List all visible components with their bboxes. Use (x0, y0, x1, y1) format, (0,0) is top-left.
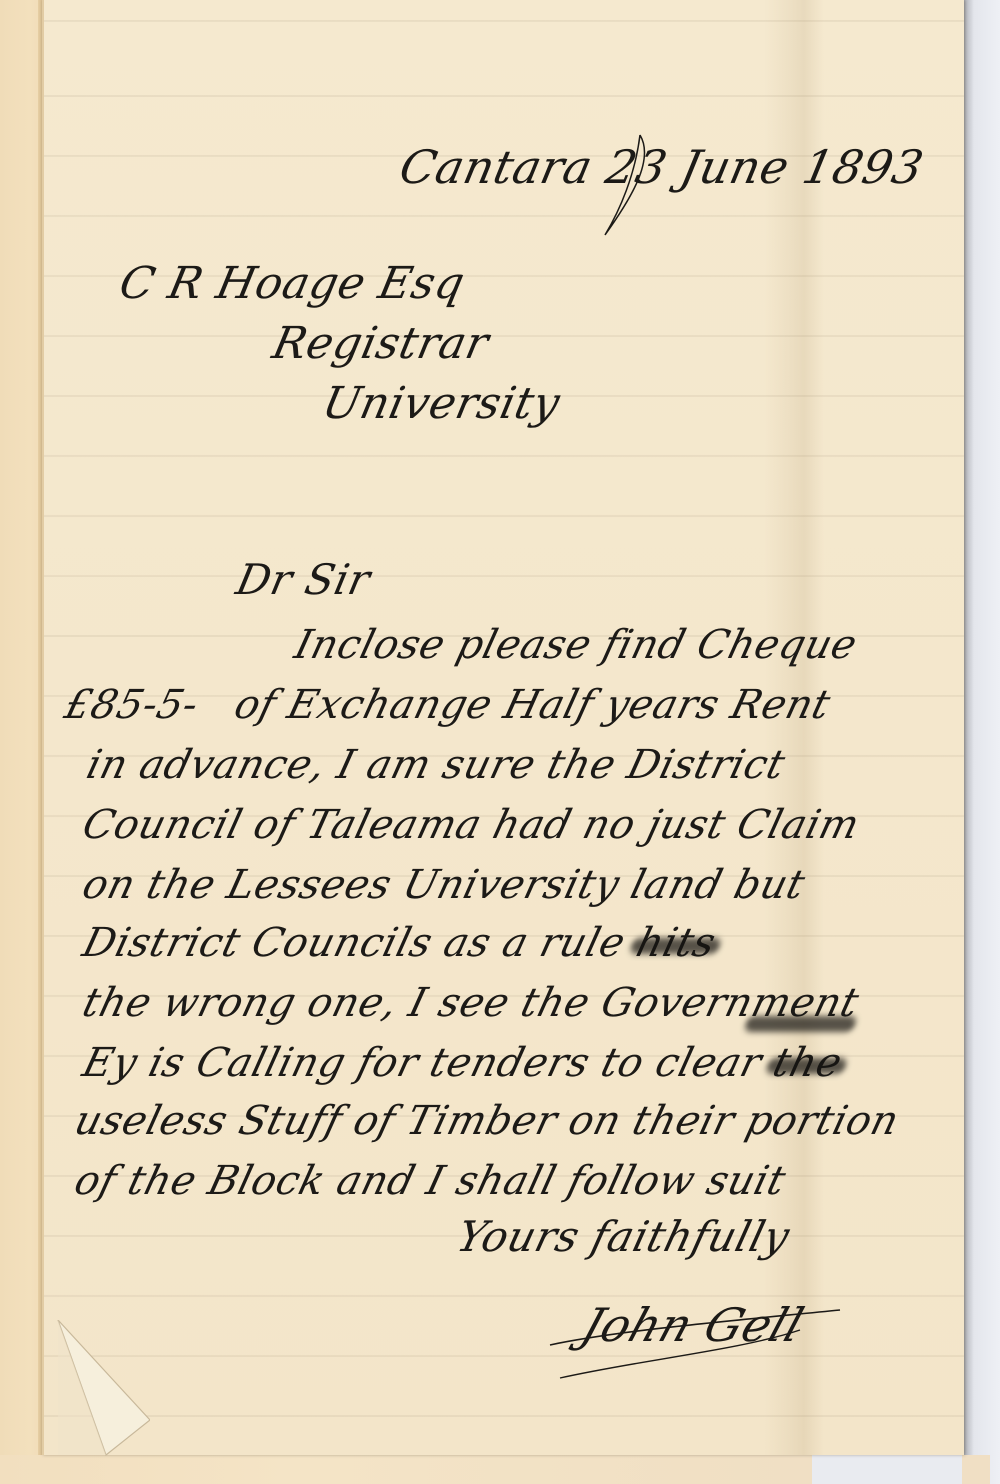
struck-word: the (768, 1040, 846, 1086)
body-line-text: Ey is Calling for tenders to clear (78, 1040, 767, 1086)
body-line-text: the wrong one, I see the Government (78, 980, 864, 1026)
addressee-name: C R Hoage Esq (115, 258, 469, 309)
closing: Yours faithfully (452, 1212, 795, 1261)
scanner-background (960, 0, 1000, 1484)
body-line: on the Lessees University land but (78, 862, 810, 908)
body-line: the wrong one, I see the Government (78, 980, 877, 1026)
body-line-text: District Councils as a rule (78, 920, 630, 966)
salutation: Dr Sir (232, 555, 375, 604)
body-line: Inclose please find Cheque (290, 622, 862, 668)
signature: John Gell (575, 1298, 810, 1352)
body-line: District Councils as a rule hits (78, 920, 720, 966)
body-line: useless Stuff of Timber on their portion (70, 1098, 904, 1144)
body-line: Ey is Calling for tenders to clear the (78, 1040, 847, 1086)
letter-date: Cantara 23 June 1893 (395, 140, 928, 194)
scanner-background-bottom (812, 1455, 962, 1484)
addressee-title: Registrar (268, 318, 493, 369)
body-line: of the Block and I shall follow suit (70, 1158, 790, 1204)
body-line: in advance, I am sure the District (82, 742, 790, 788)
date-flourish-icon (600, 130, 660, 240)
cheque-amount: £85-5- (60, 682, 203, 728)
body-line: £85-5-of Exchange Half years Rent (60, 682, 835, 728)
addressee-organization: University (318, 378, 564, 429)
body-line-text: of Exchange Half years Rent (230, 682, 835, 728)
struck-word: hits (632, 920, 721, 966)
folded-corner-icon (50, 1320, 150, 1460)
body-line: Council of Taleama had no just Claim (78, 802, 864, 848)
